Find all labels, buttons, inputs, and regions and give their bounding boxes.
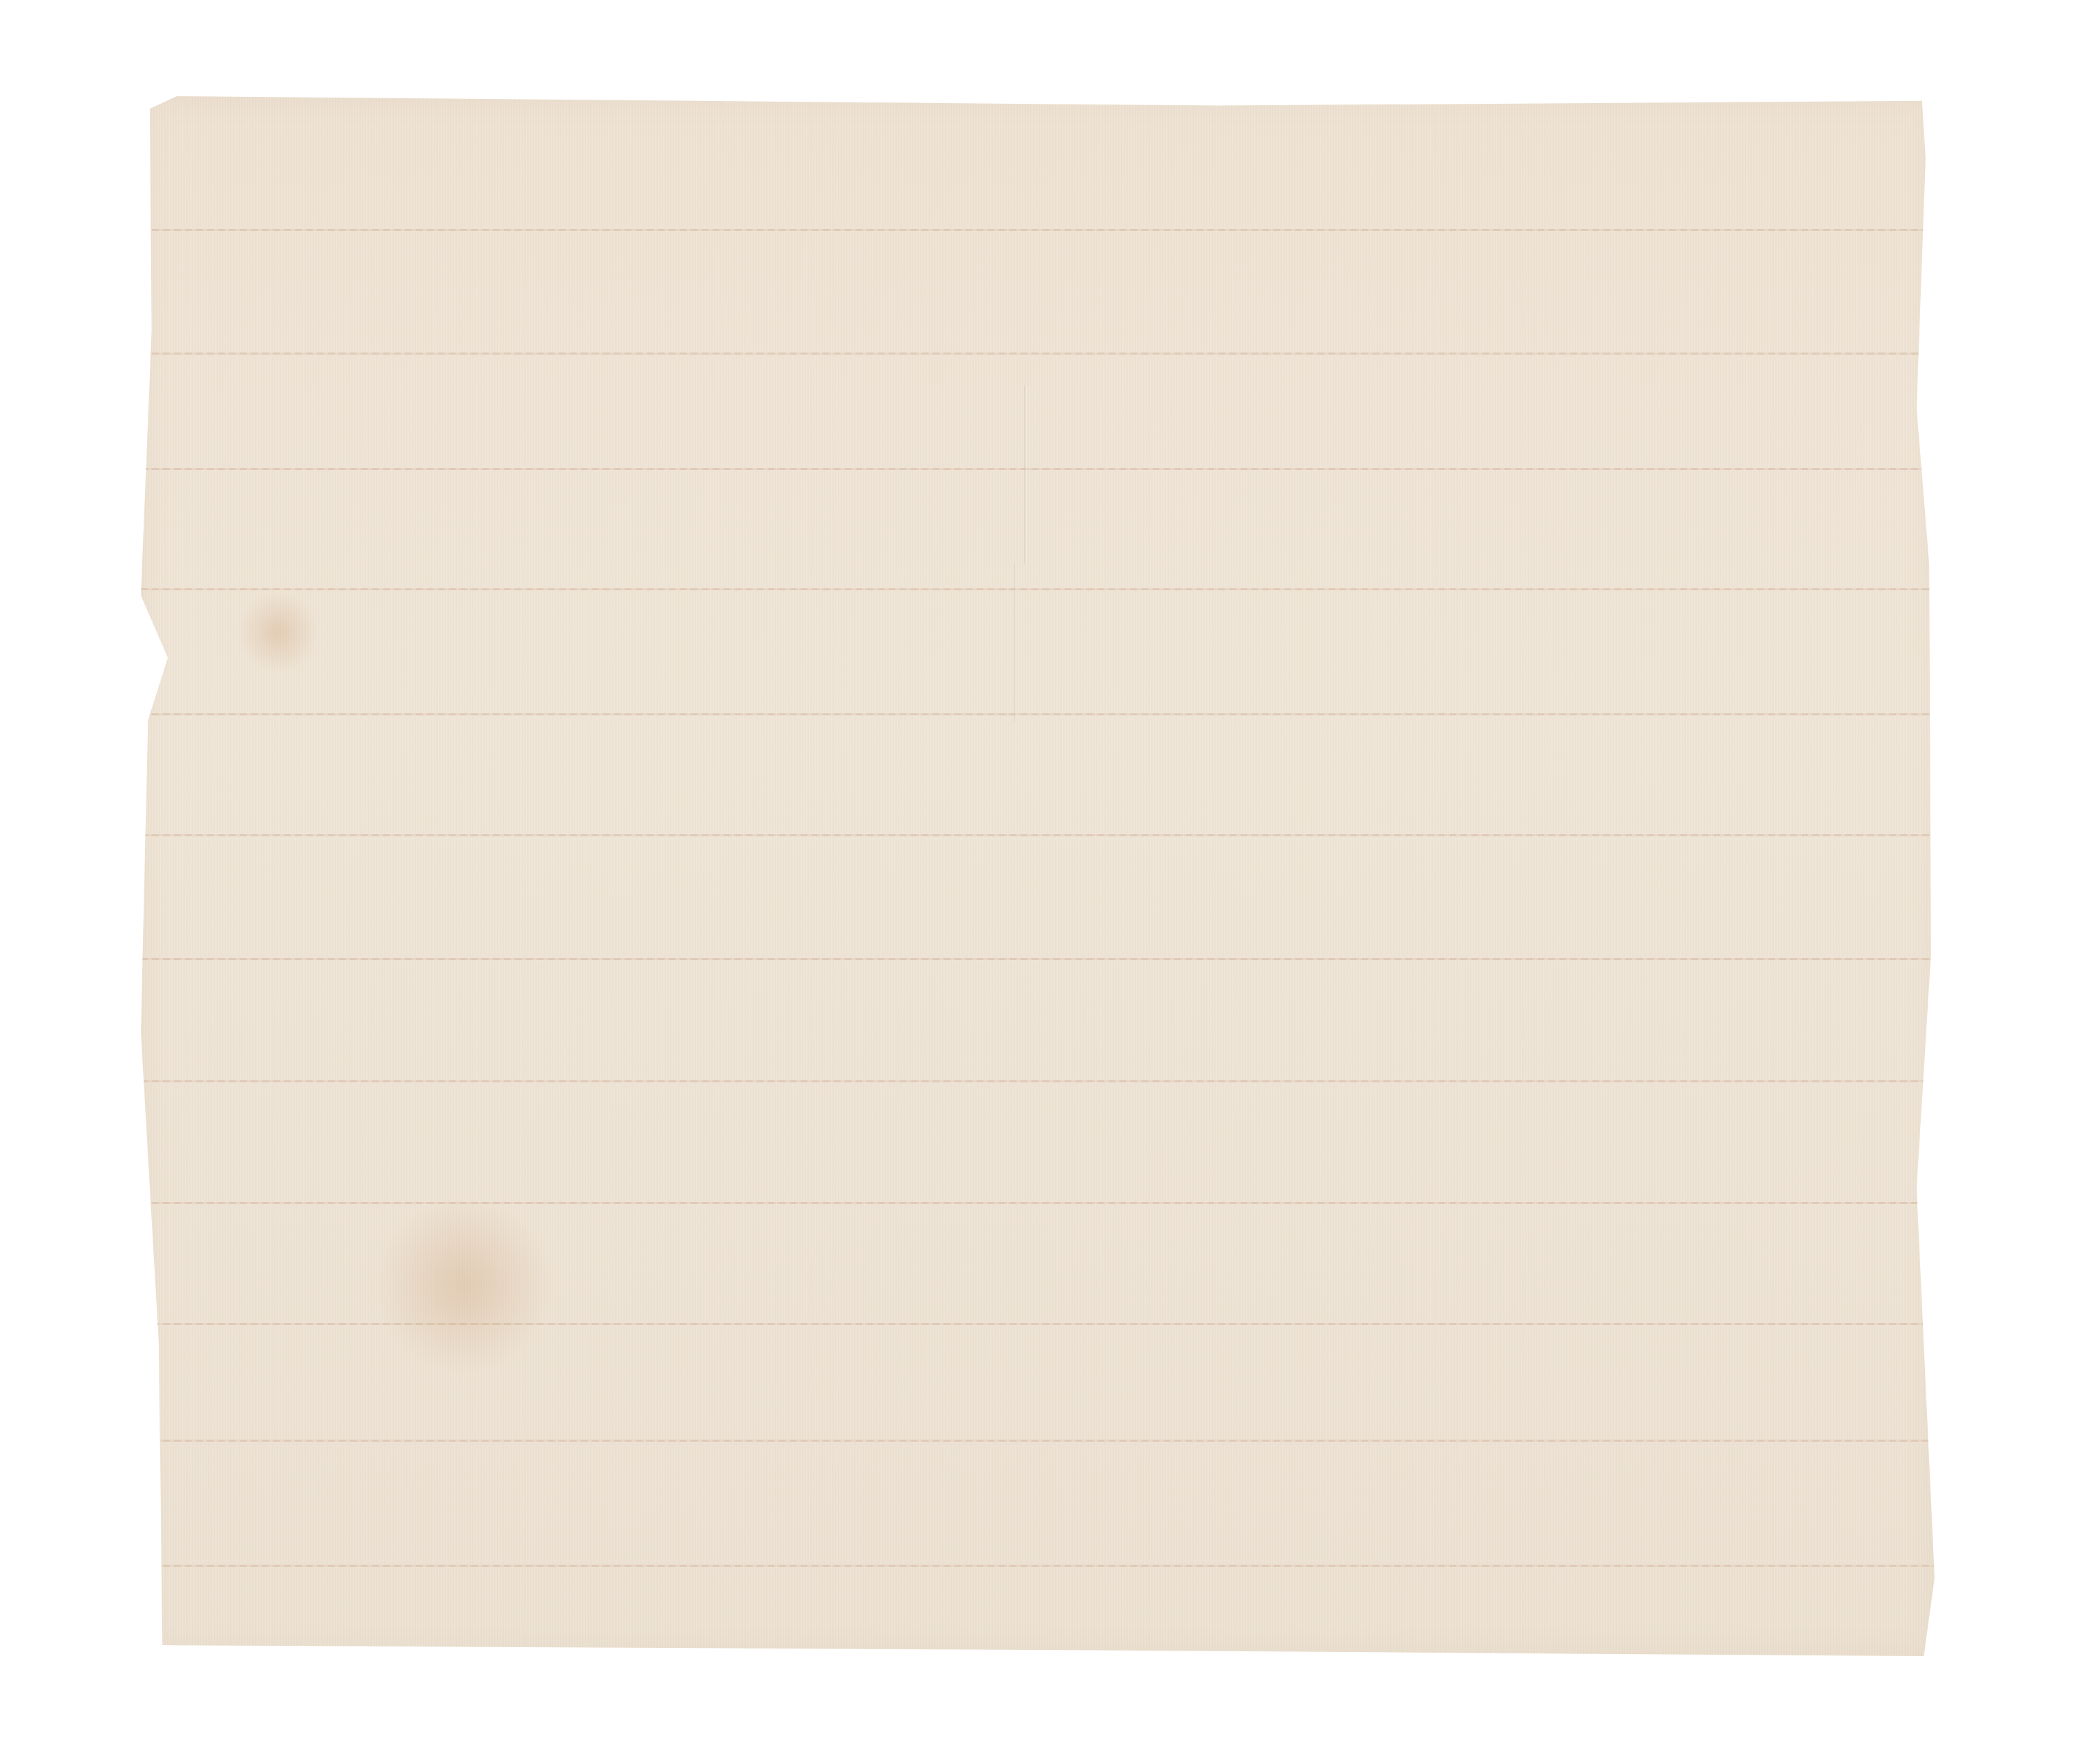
seam [141,1565,1935,1567]
seam [141,834,1935,836]
seam [141,1202,1935,1204]
seam [141,1440,1935,1442]
seam [141,353,1935,355]
seam [141,713,1935,715]
crease [1014,563,1016,722]
seam [141,1080,1935,1082]
seam [141,468,1935,470]
seam [141,229,1935,231]
seam [141,588,1935,590]
seam [141,958,1935,960]
woven-cloth [141,96,1935,1656]
stain [375,1196,553,1374]
crease [1024,385,1027,563]
stain [237,591,320,673]
